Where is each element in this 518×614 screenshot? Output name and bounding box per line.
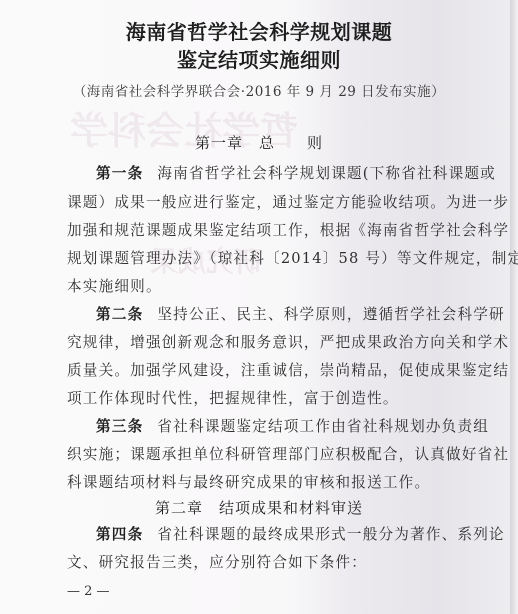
article-4-line-2: 文、研究报告三类，应分别符合如下条件： xyxy=(67,553,445,573)
article-4-line-1: 第四条省社科课题的最终成果形式一般分为著作、系列论 xyxy=(96,525,445,545)
document-page: 哲学社会科学 研究成果 海南省哲学社会科学规划课题 鉴定结项实施细则 （海南省社… xyxy=(0,0,518,614)
article-label: 第一条 xyxy=(96,165,143,182)
article-text: 海南省哲学社会科学规划课题(下称省社科课题或 xyxy=(157,165,496,182)
article-text: 坚持公正、民主、科学原则，遵循哲学社会科学研 xyxy=(157,306,504,323)
article-1-line-2: 课题）成果一般应进行鉴定，通过鉴定方能验收结项。为进一步 xyxy=(67,193,445,213)
article-label: 第三条 xyxy=(96,418,143,435)
article-3-line-3: 科课题结项材料与最终研究成果的审核和报送工作。 xyxy=(67,473,445,493)
document-title-line-2: 鉴定结项实施细则 xyxy=(0,44,518,73)
article-1-line-1: 第一条海南省哲学社会科学规划课题(下称省社科课题或 xyxy=(96,164,445,184)
chapter-1-heading: 第一章 总 则 xyxy=(0,132,518,153)
article-label: 第四条 xyxy=(96,526,143,543)
article-1-line-5: 本实施细则。 xyxy=(67,277,445,297)
document-title-line-1: 海南省哲学社会科学规划课题 xyxy=(0,16,518,45)
article-2-line-2: 究规律，增强创新观念和服务意识，严把成果政治方向关和学术 xyxy=(67,333,445,353)
article-3-line-2: 织实施；课题承担单位科研管理部门应积极配合，认真做好省社 xyxy=(67,445,445,465)
article-2-line-1: 第二条坚持公正、民主、科学原则，遵循哲学社会科学研 xyxy=(96,305,445,325)
article-label: 第二条 xyxy=(96,306,143,323)
article-1-line-4: 规划课题管理办法》（琼社科〔2014〕58 号）等文件规定，制定 xyxy=(67,249,445,269)
article-1-line-3: 加强和规范课题成果鉴定结项工作，根据《海南省哲学社会科学 xyxy=(67,221,445,241)
page-number: — 2 — xyxy=(67,584,110,599)
article-2-line-3: 质量关。加强学风建设，注重诚信，崇尚精品，促使成果鉴定结 xyxy=(67,361,445,381)
article-2-line-4: 项工作体现时代性，把握规律性，富于创造性。 xyxy=(67,389,445,409)
article-text: 省社科课题的最终成果形式一般分为著作、系列论 xyxy=(157,526,504,543)
chapter-2-heading: 第二章 结项成果和材料审送 xyxy=(0,497,518,518)
article-text: 省社科课题鉴定结项工作由省社科规划办负责组 xyxy=(157,418,489,435)
document-subtitle: （海南省社会科学界联合会·2016 年 9 月 29 日发布实施） xyxy=(0,80,518,100)
article-3-line-1: 第三条省社科课题鉴定结项工作由省社科规划办负责组 xyxy=(96,417,445,437)
